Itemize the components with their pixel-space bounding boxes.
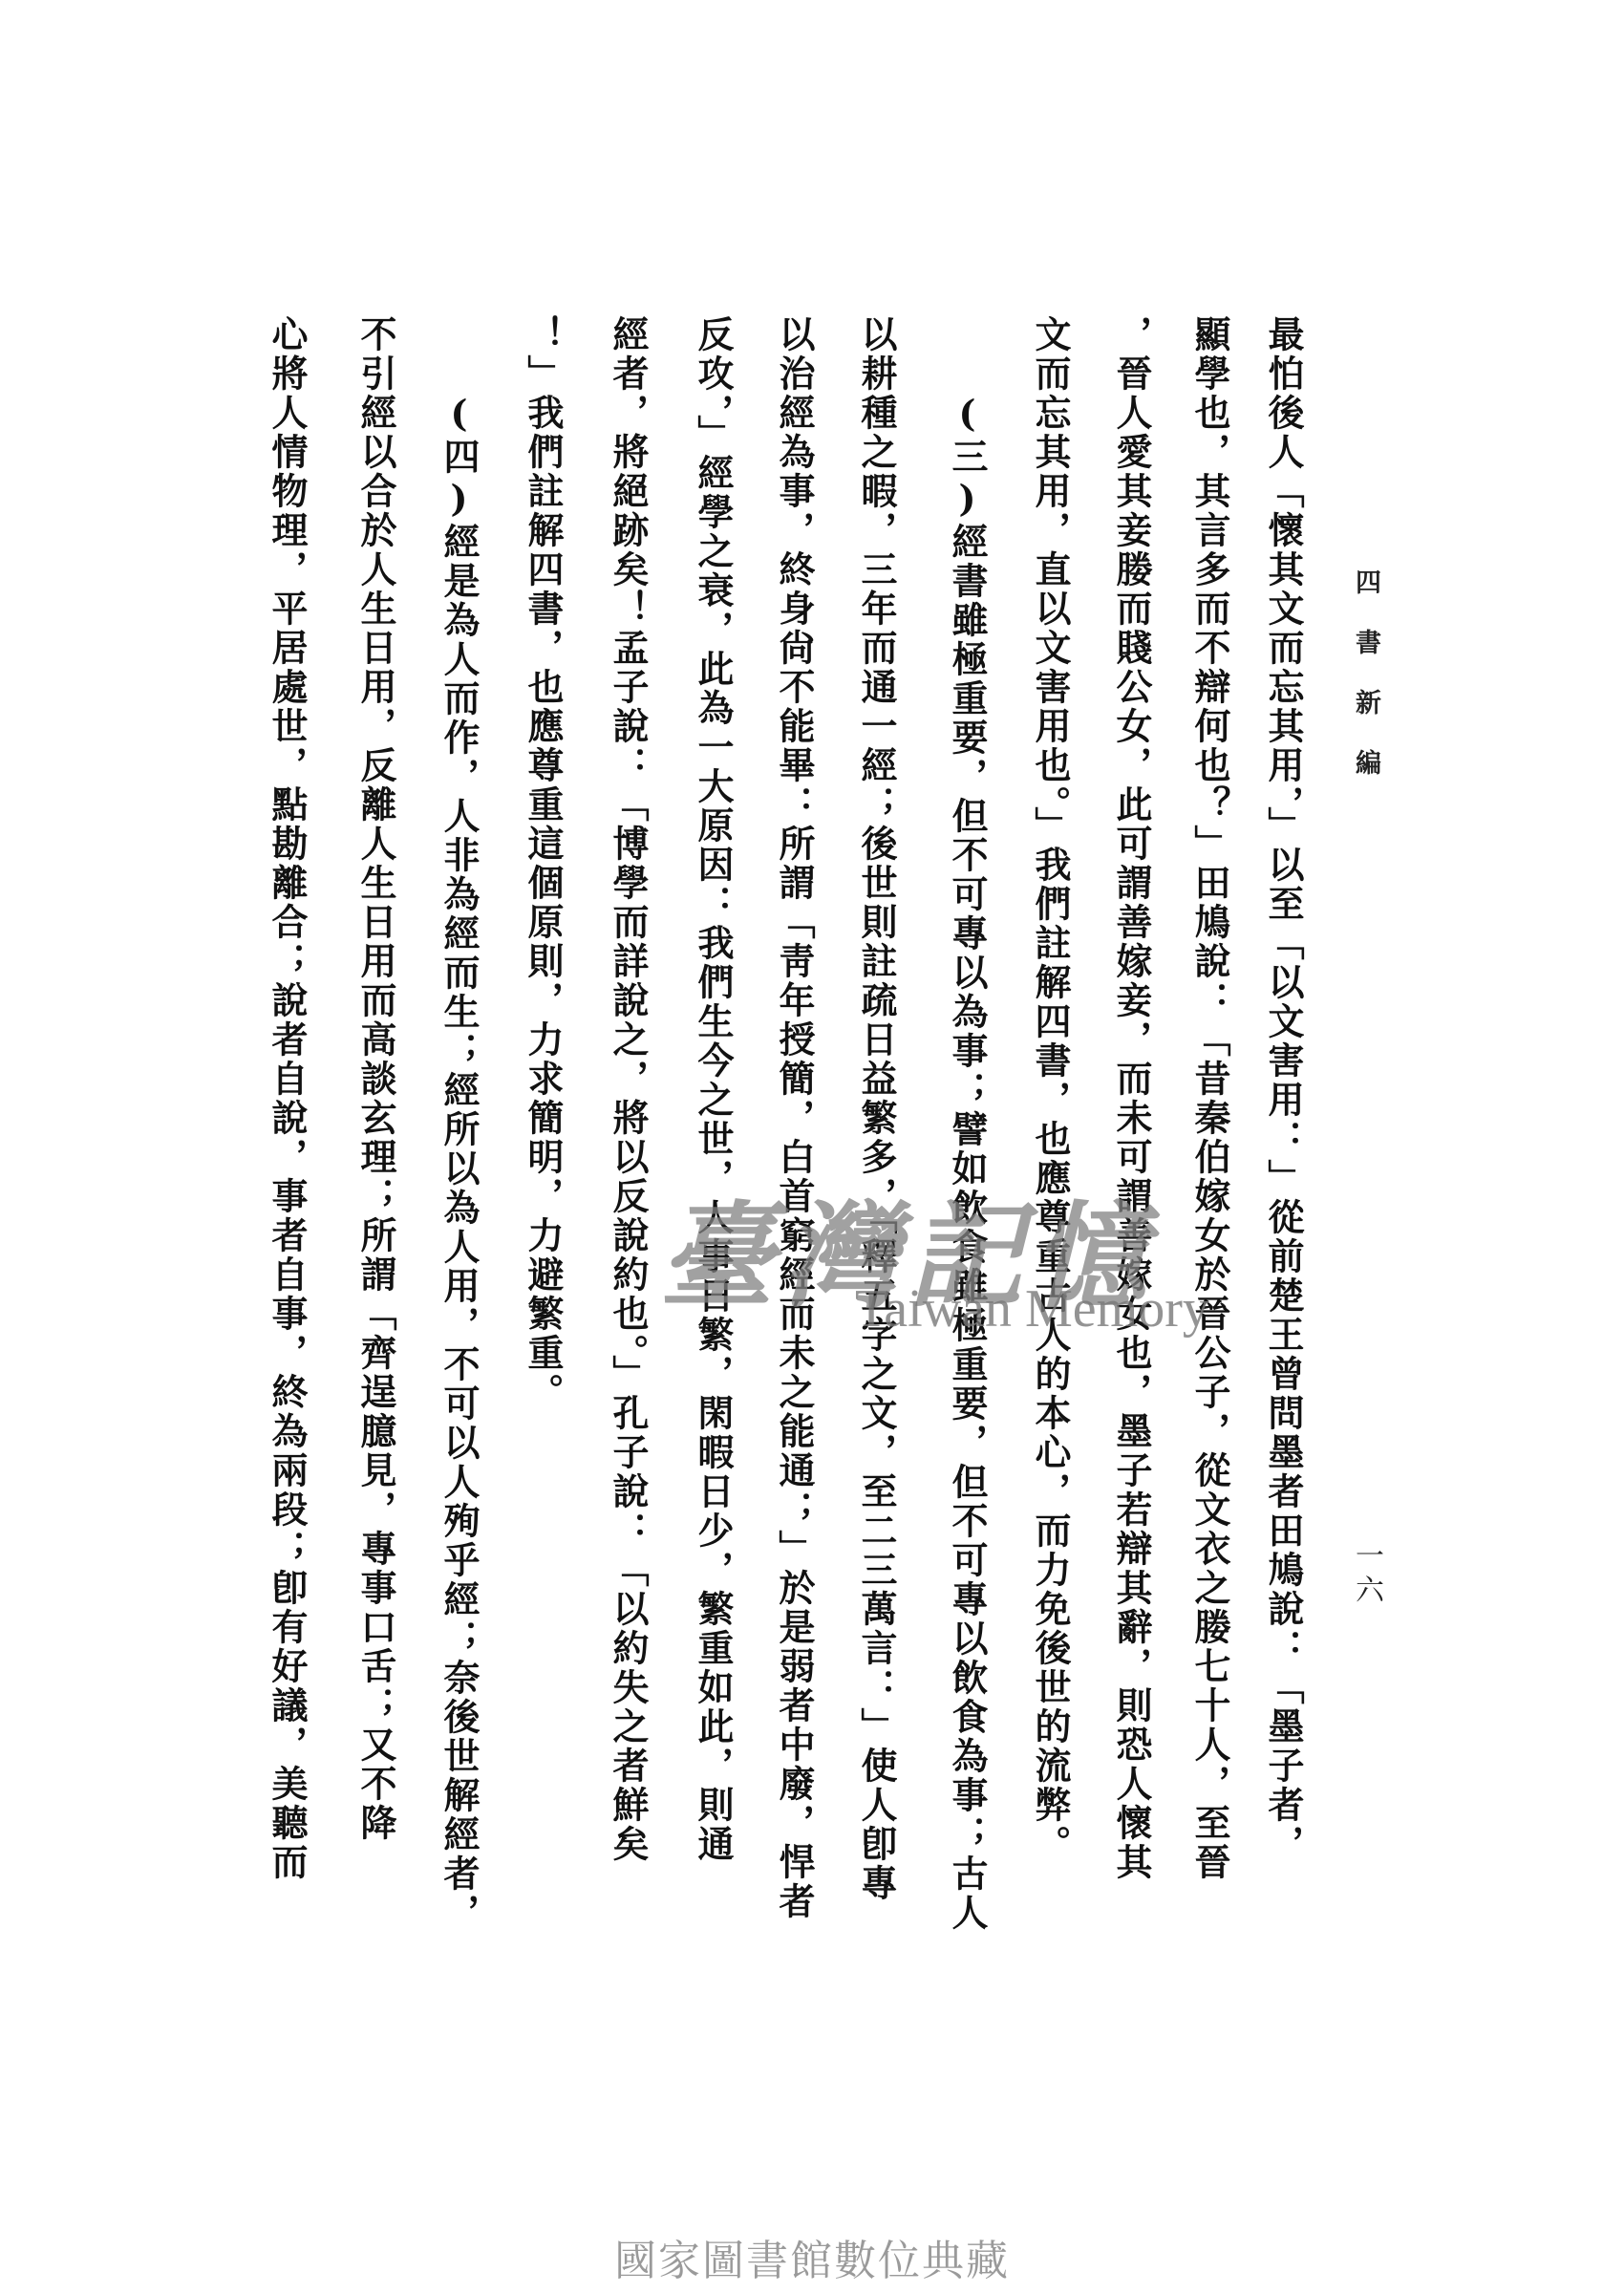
text-column-11: (四)經是為人而作，人非為經而生；經所以為人用，不可以人殉乎經；奈後世解經者， <box>438 392 480 1933</box>
text-column-12: 不引經以合於人生日用，反離人生日用而高談玄理；所謂「齊逞臆見，專事口舌；又不降 <box>354 315 396 1843</box>
text-column-6: 以耕種之暇，三年而通一經；後世則註疏日益繁多，「釋五字之文，至二三萬言：」使人卽… <box>855 315 897 1903</box>
text-column-10: ！」我們註解四書，也應尊重這個原則，力求簡明，力避繁重。 <box>522 315 564 1412</box>
text-column-3: ，晉人愛其妾媵而賤公女，此可謂善嫁妾，而未可謂善嫁女也，墨子若辯其辭，則恐人懷其 <box>1110 315 1152 1882</box>
scanned-book-page: 四書新編 最怕後人「懷其文而忘其用，」以至「以文害用：」從前楚王曾問墨者田鳩說：… <box>0 0 1624 2293</box>
text-column-1: 最怕後人「懷其文而忘其用，」以至「以文害用：」從前楚王曾問墨者田鳩說：「墨子者， <box>1262 315 1304 1864</box>
watermark: 臺灣記憶 Taiwan Memory <box>659 1166 1347 1357</box>
text-column-4: 文而忘其用，直以文害用也。」我們註解四書，也應尊重古人的本心，而力免後世的流弊。 <box>1029 315 1071 1864</box>
text-column-7: 以治經為事，終身尙不能畢：所謂「靑年授簡，白首窮經而未之能通；」於是弱者中廢，悍… <box>773 315 815 1921</box>
library-footer: 國家圖書館數位典藏 <box>0 2226 1624 2287</box>
text-column-13: 心將人情物理，平居處世，點勘離合；說者自說，事者自事，終為兩段；卽有好議，美聽而 <box>266 315 308 1882</box>
text-column-9: 經者，將絕跡矣！孟子說：「博學而詳說之，將以反說約也。」孔子說：「以約失之者鮮矣 <box>607 315 649 1864</box>
text-column-8: 反攻，」經學之衰，此為一大原因：我們生今之世，人事日繁，閑暇日少，繁重如此，則通 <box>692 315 734 1864</box>
text-column-2: 顯學也，其言多而不辯何也？」田鳩說：「昔秦伯嫁女於晉公子，從文衣之媵七十人，至晉 <box>1188 315 1230 1882</box>
text-column-5: (三)經書雖極重要，但不可專以為事；譬如飲食雖極重要，但不可專以飲食為事；古人 <box>946 392 988 1933</box>
running-header: 四書新編 <box>1347 568 1384 809</box>
page-number: 一六 <box>1345 1540 1387 1609</box>
